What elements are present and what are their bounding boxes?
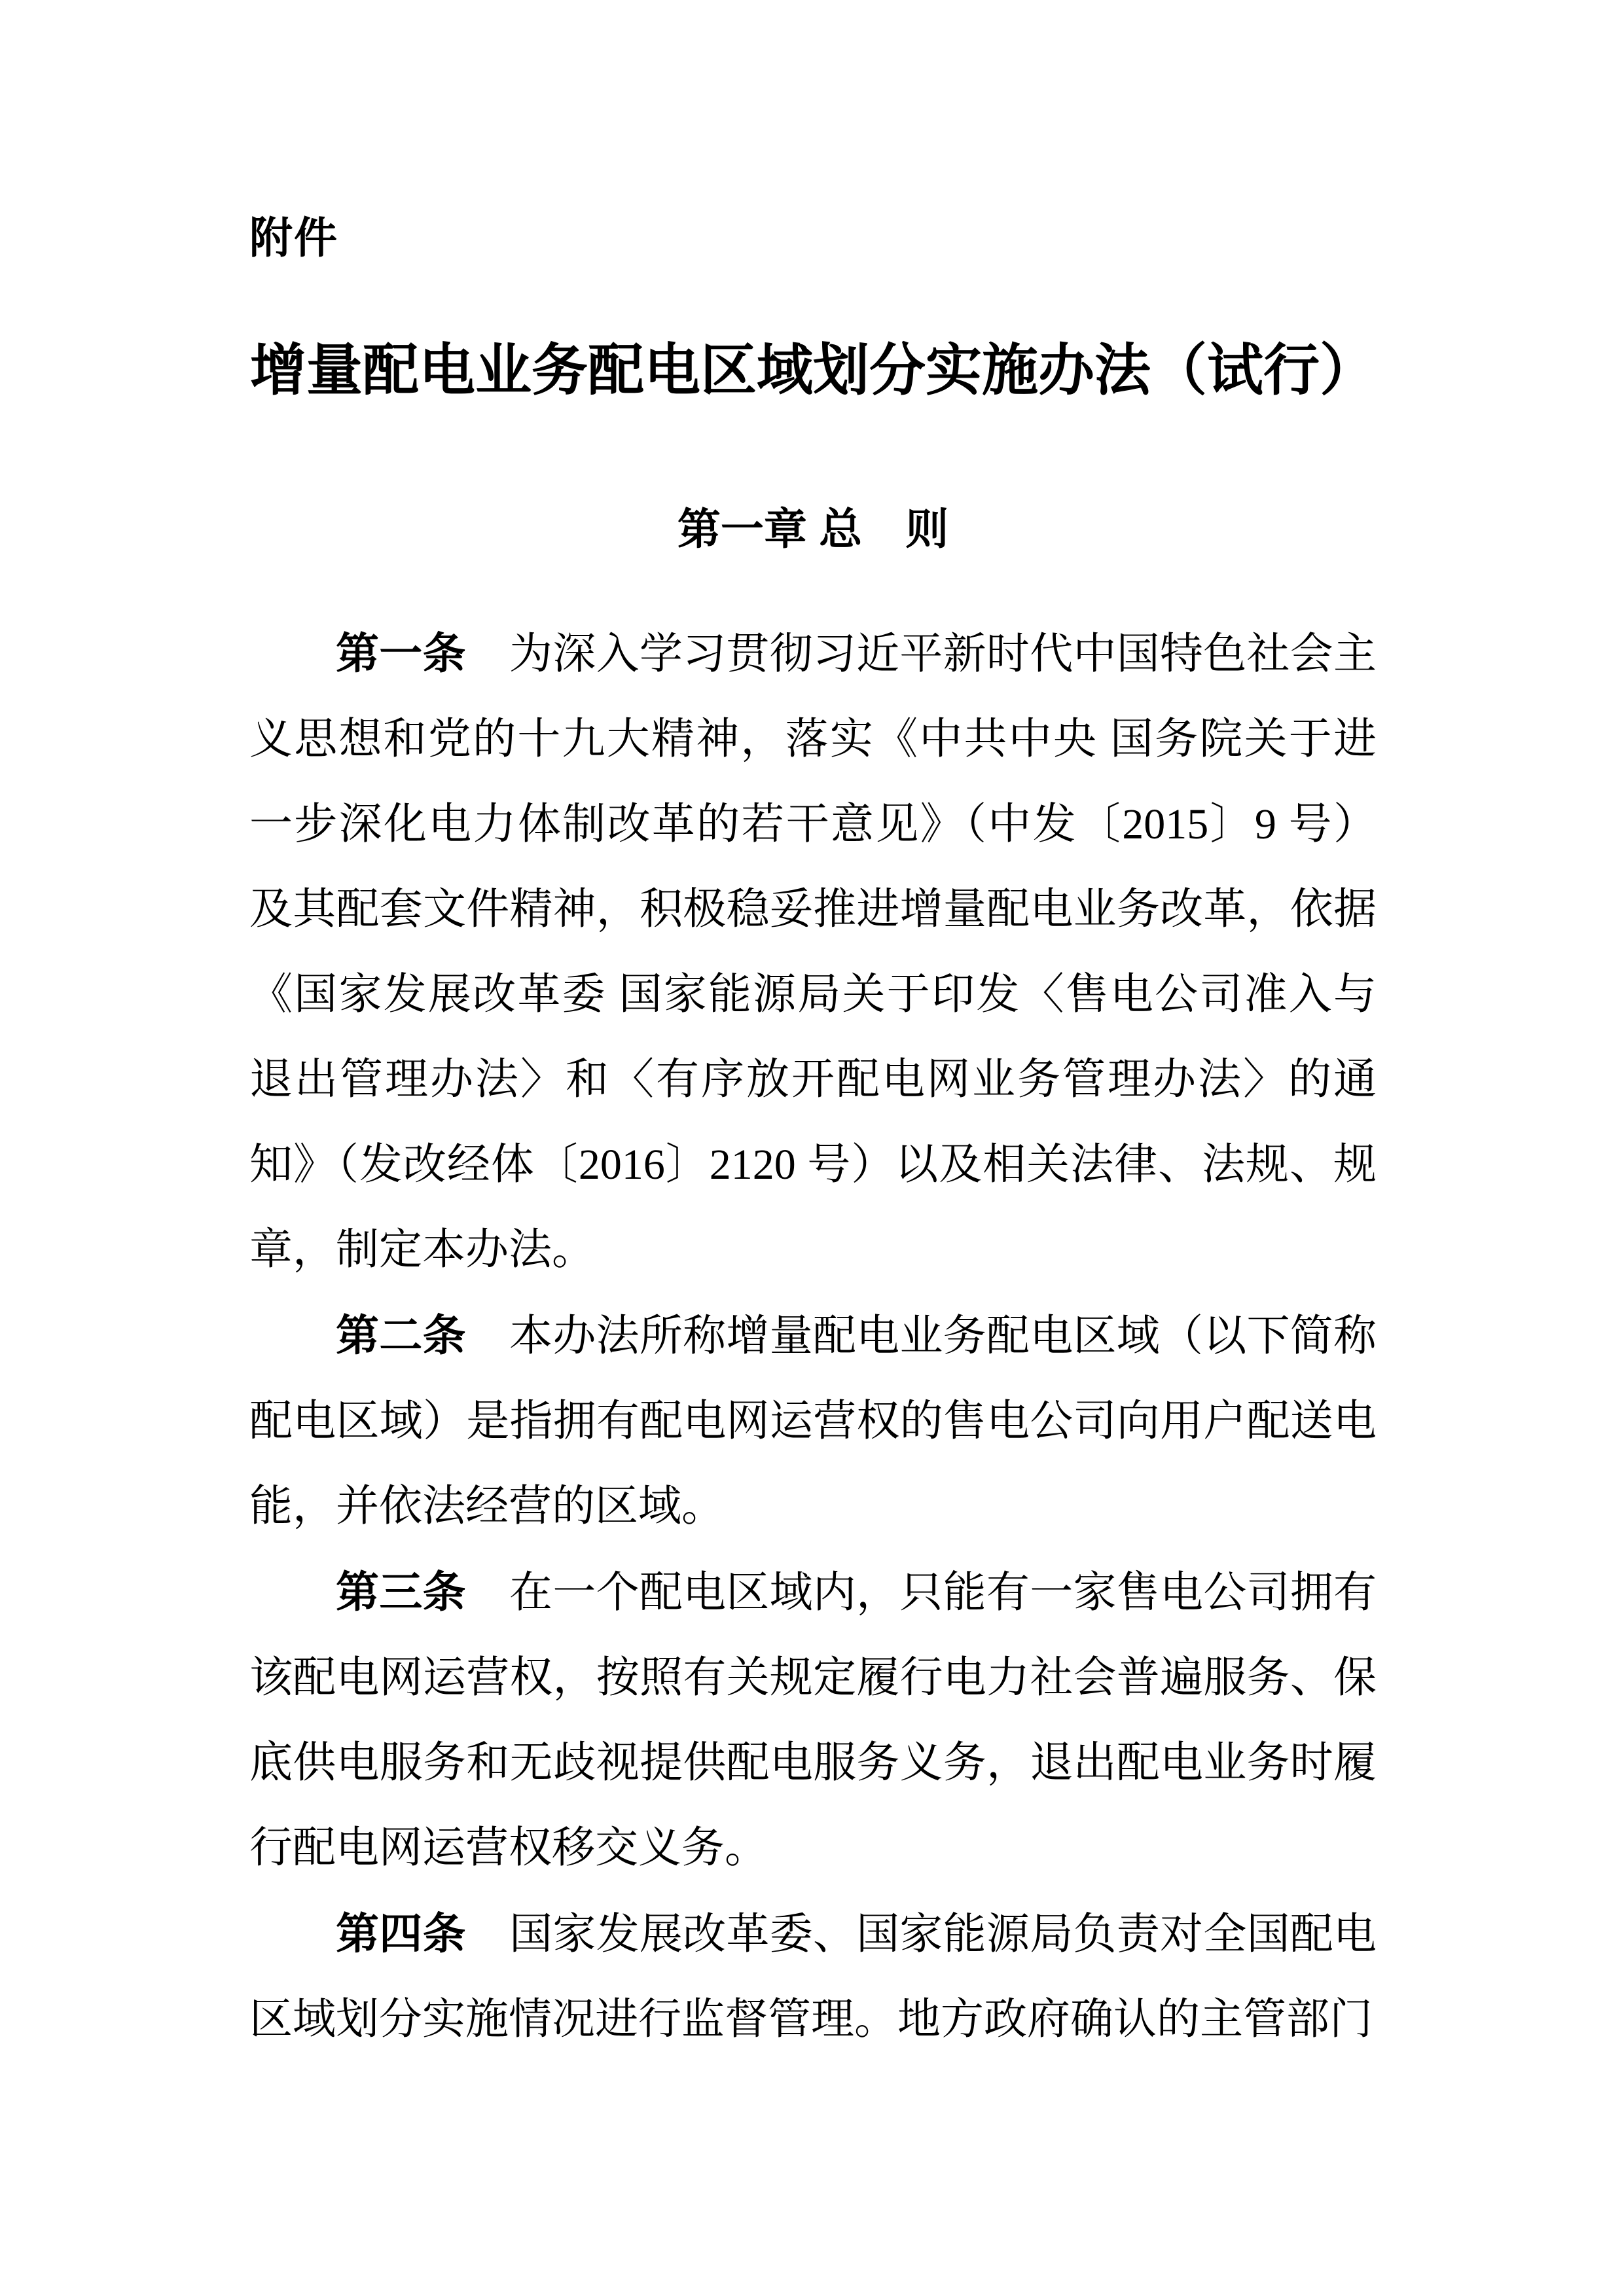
document-body: 第一条 为深入学习贯彻习近平新时代中国特色社会主义思想和党的十九大精神，落实《中… — [249, 611, 1377, 2062]
attachment-label: 附件 — [249, 216, 1377, 259]
document-title: 增量配电业务配电区域划分实施办法（试行） — [249, 335, 1377, 406]
article-paragraph: 第二条 本办法所称增量配电业务配电区域（以下简称配电区域）是指拥有配电网运营权的… — [249, 1293, 1377, 1549]
article-paragraph: 第一条 为深入学习贯彻习近平新时代中国特色社会主义思想和党的十九大精神，落实《中… — [249, 611, 1377, 1293]
document-page: 附件 增量配电业务配电区域划分实施办法（试行） 第一章 总 则 第一条 为深入学… — [0, 0, 1624, 2296]
article-number: 第一条 — [336, 629, 466, 677]
article-number: 第三条 — [336, 1568, 466, 1616]
article-paragraph: 第三条 在一个配电区域内，只能有一家售电公司拥有该配电网运营权，按照有关规定履行… — [249, 1549, 1377, 1891]
chapter-heading: 第一章 总 则 — [249, 507, 1377, 550]
article-text: 为深入学习贯彻习近平新时代中国特色社会主义思想和党的十九大精神，落实《中共中央 … — [249, 630, 1377, 1274]
article-number: 第二条 — [336, 1311, 466, 1359]
article-paragraph: 第四条 国家发展改革委、国家能源局负责对全国配电区域划分实施情况进行监督管理。地… — [249, 1891, 1377, 2062]
article-number: 第四条 — [336, 1909, 466, 1958]
